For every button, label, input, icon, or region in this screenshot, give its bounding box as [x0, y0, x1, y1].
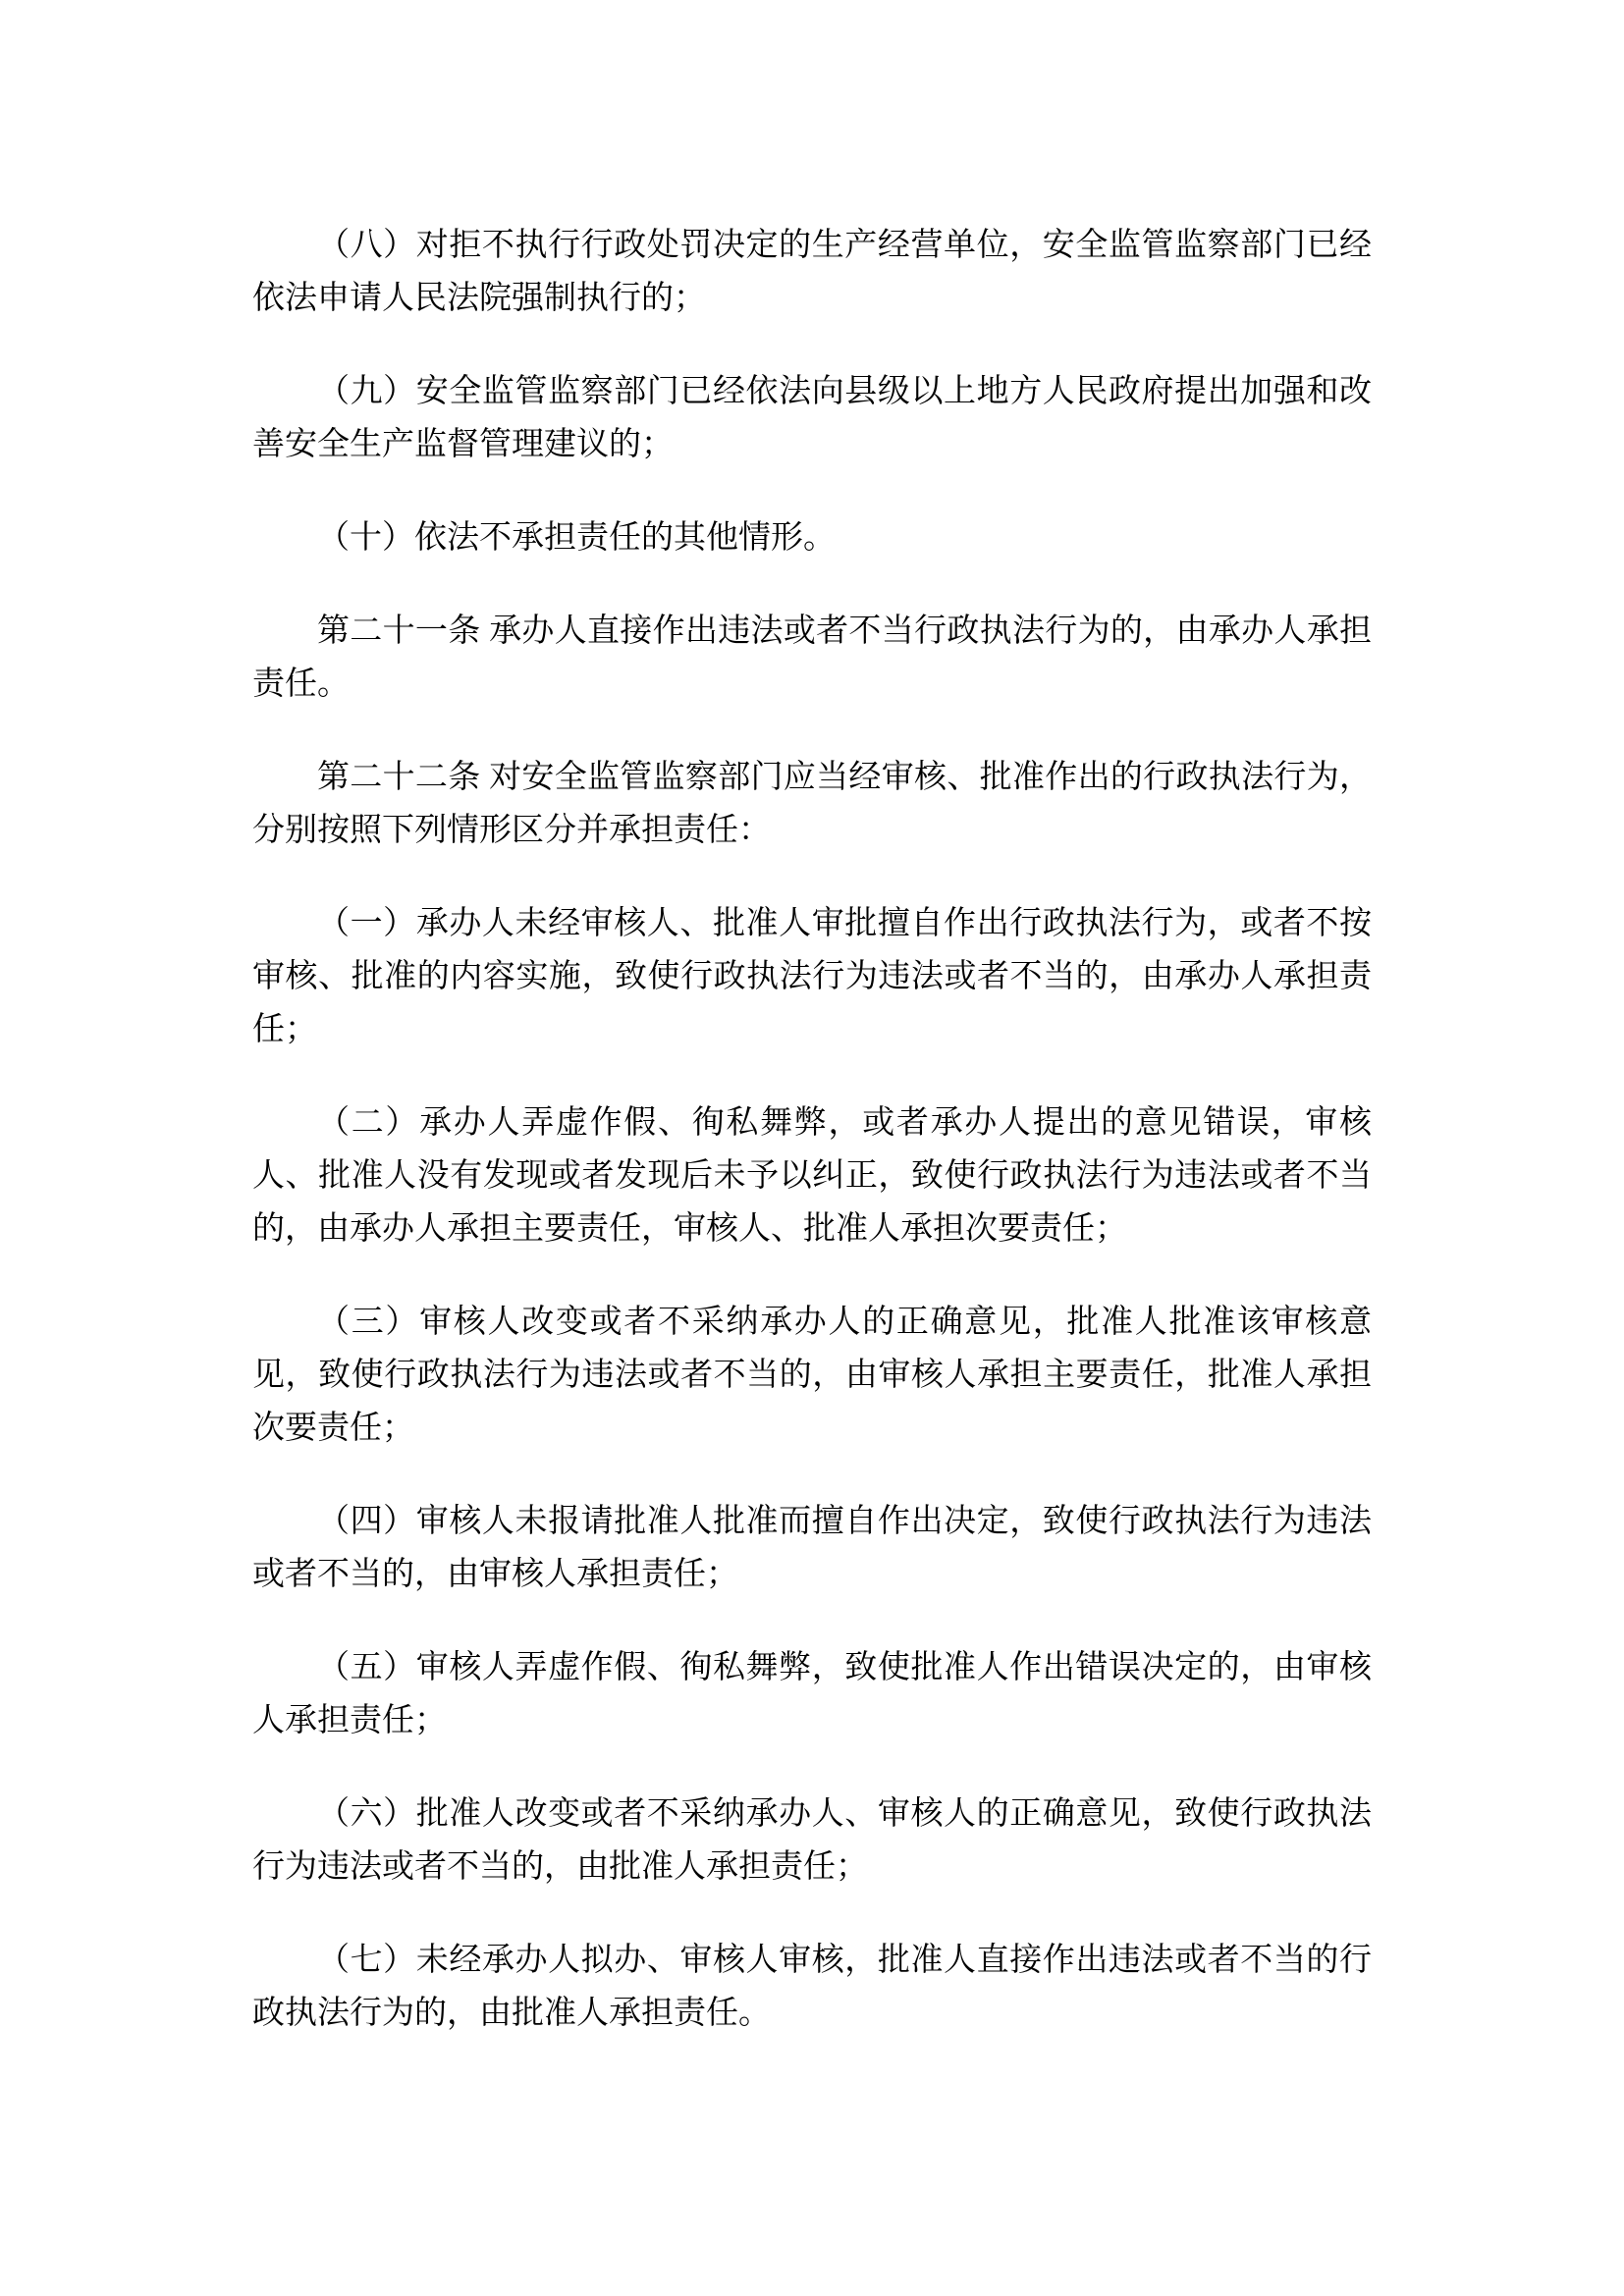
clause-ten: （十）依法不承担责任的其他情形。	[252, 511, 1372, 564]
subclause-three: （三）审核人改变或者不采纳承办人的正确意见，批准人批准该审核意见，致使行政执法行…	[252, 1296, 1372, 1455]
document-page: （八）对拒不执行行政处罚决定的生产经营单位，安全监管监察部门已经依法申请人民法院…	[0, 0, 1624, 2296]
article-21: 第二十一条 承办人直接作出违法或者不当行政执法行为的，由承办人承担责任。	[252, 605, 1372, 711]
subclause-five: （五）审核人弄虚作假、徇私舞弊，致使批准人作出错误决定的，由审核人承担责任；	[252, 1641, 1372, 1747]
clause-nine: （九）安全监管监察部门已经依法向县级以上地方人民政府提出加强和改善安全生产监督管…	[252, 365, 1372, 471]
subclause-seven: （七）未经承办人拟办、审核人审核，批准人直接作出违法或者不当的行政执法行为的，由…	[252, 1934, 1372, 2040]
subclause-six: （六）批准人改变或者不采纳承办人、审核人的正确意见，致使行政执法行为违法或者不当…	[252, 1788, 1372, 1894]
subclause-four: （四）审核人未报请批准人批准而擅自作出决定，致使行政执法行为违法或者不当的，由审…	[252, 1495, 1372, 1601]
document-text-block: （八）对拒不执行行政处罚决定的生产经营单位，安全监管监察部门已经依法申请人民法院…	[252, 219, 1372, 2040]
subclause-one: （一）承办人未经审核人、批准人审批擅自作出行政执法行为，或者不按审核、批准的内容…	[252, 897, 1372, 1056]
clause-eight: （八）对拒不执行行政处罚决定的生产经营单位，安全监管监察部门已经依法申请人民法院…	[252, 219, 1372, 325]
article-22: 第二十二条 对安全监管监察部门应当经审核、批准作出的行政执法行为，分别按照下列情…	[252, 751, 1372, 857]
subclause-two: （二）承办人弄虚作假、徇私舞弊，或者承办人提出的意见错误，审核人、批准人没有发现…	[252, 1096, 1372, 1255]
